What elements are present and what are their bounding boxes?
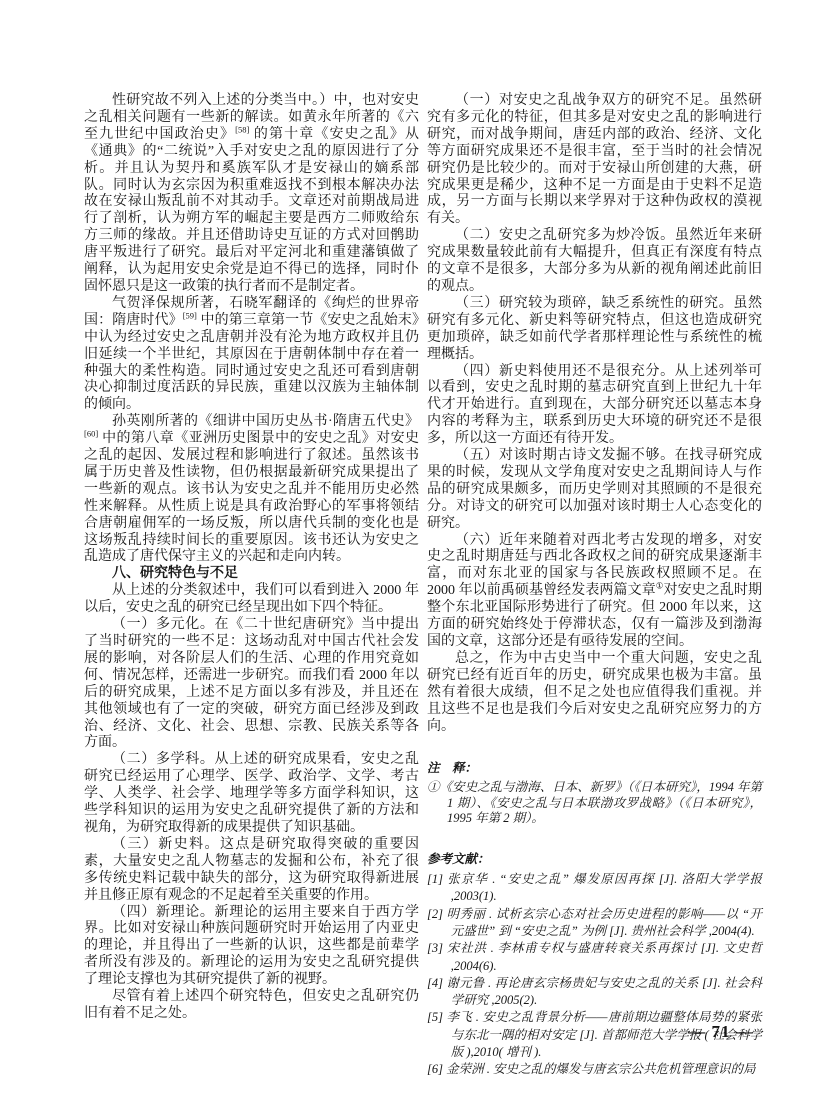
paragraph: 孙英刚所著的《细讲中国历史丛书·隋唐五代史》[60] 中的第八章《亚洲历史图景中… bbox=[84, 414, 419, 566]
notes-heading: 注 释： bbox=[427, 761, 762, 777]
paragraph: （四）新理论。新理论的运用主要来自于西方学界。比如对安禄山种族问题研究时开始运用… bbox=[84, 905, 419, 990]
notes-list: ①《安史之乱与渤海、日本、新罗》（《日本研究》，1994 年第 1 期）、《安史… bbox=[427, 780, 762, 827]
paragraph: （五）对该时期古诗文发掘不够。在找寻研究成果的时候，发现从文学角度对安史之乱期间… bbox=[427, 448, 762, 533]
paragraph: （三）新史料。这点是研究取得突破的重要因素，大量安史之乱人物墓志的发掘和公布，补… bbox=[84, 837, 419, 905]
paragraph: 总之，作为中古史当中一个重大问题，安史之乱研究已经有近百年的历史，研究成果也极为… bbox=[427, 651, 762, 736]
paragraph: （一）多元化。在《二十世纪唐研究》当中提出了当时研究的一些不足：这场动乱对中国古… bbox=[84, 617, 419, 752]
paragraph: 八、研究特色与不足 bbox=[84, 566, 419, 583]
page-number: — 71 — bbox=[686, 1022, 756, 1042]
paragraph: 气贺泽保规所著，石晓军翻译的《绚烂的世界帝国：隋唐时代》[59] 中的第三章第一… bbox=[84, 296, 419, 414]
note-item: ①《安史之乱与渤海、日本、新罗》（《日本研究》，1994 年第 1 期）、《安史… bbox=[427, 780, 762, 827]
paragraph: （一）对安史之乱战争双方的研究不足。虽然研究有多元化的特征，但其多是对安史之乱的… bbox=[427, 93, 762, 228]
footnote-marker: [60] bbox=[84, 428, 98, 438]
notes-section: 注 释： ①《安史之乱与渤海、日本、新罗》（《日本研究》，1994 年第 1 期… bbox=[427, 761, 762, 826]
reference-item: [6] 金荣洲 . 安史之乱的爆发与唐玄宗公共危机管理意识的局 bbox=[427, 1061, 762, 1078]
references-list: [1] 张京华 . “安史之乱” 爆发原因再探 [J]. 洛阳大学学报 ,200… bbox=[427, 871, 762, 1079]
paragraph: （六）近年来随着对西北考古发现的增多，对安史之乱时期唐廷与西北各政权之间的研究成… bbox=[427, 533, 762, 651]
left-column: 性研究故不列入上述的分类当中。）中，也对安史之乱相关问题有一些新的解读。如黄永年… bbox=[84, 93, 419, 1023]
right-column: （一）对安史之乱战争双方的研究不足。虽然研究有多元化的特征，但其多是对安史之乱的… bbox=[427, 93, 762, 1079]
paragraph: （二）安史之乱研究多为炒冷饭。虽然近年来研究成果数量较此前有大幅提升，但真正有深… bbox=[427, 228, 762, 296]
right-column-text: （一）对安史之乱战争双方的研究不足。虽然研究有多元化的特征，但其多是对安史之乱的… bbox=[427, 93, 762, 735]
footnote-marker: [59] bbox=[183, 310, 197, 320]
paragraph: （四）新史料使用还不是很充分。从上述列举可以看到，安史之乱时期的墓志研究直到上世… bbox=[427, 364, 762, 449]
footnote-marker: [58] bbox=[235, 124, 249, 134]
references-section: 参考文献： [1] 张京华 . “安史之乱” 爆发原因再探 [J]. 洛阳大学学… bbox=[427, 851, 762, 1079]
references-heading: 参考文献： bbox=[427, 851, 762, 868]
reference-item: [4] 谢元鲁 . 再论唐玄宗杨贵妃与安史之乱的关系 [J]. 社会科学研究 ,… bbox=[427, 975, 762, 1010]
reference-item: [2] 明秀丽 . 试析玄宗心态对社会历史进程的影响——以 “开元盛世” 到 “… bbox=[427, 906, 762, 941]
paragraph: （三）研究较为琐碎，缺乏系统性的研究。虽然研究有多元化、新史料等研究特点，但这也… bbox=[427, 296, 762, 364]
paragraph: 尽管有着上述四个研究特色，但安史之乱研究仍旧有着不足之处。 bbox=[84, 989, 419, 1023]
paragraph: 从上述的分类叙述中，我们可以看到进入 2000 年以后，安史之乱的研究已经呈现出… bbox=[84, 583, 419, 617]
reference-item: [1] 张京华 . “安史之乱” 爆发原因再探 [J]. 洛阳大学学报 ,200… bbox=[427, 871, 762, 906]
reference-item: [3] 宋社洪 . 李林甫专权与盛唐转衰关系再探讨 [J]. 文史哲 ,2004… bbox=[427, 940, 762, 975]
footnote-marker: ① bbox=[656, 581, 664, 591]
paragraph: （二）多学科。从上述的研究成果看，安史之乱研究已经运用了心理学、医学、政治学、文… bbox=[84, 752, 419, 837]
page: { "page_number": "— 71 —", "left_column"… bbox=[0, 0, 827, 1114]
paragraph: 性研究故不列入上述的分类当中。）中，也对安史之乱相关问题有一些新的解读。如黄永年… bbox=[84, 93, 419, 296]
